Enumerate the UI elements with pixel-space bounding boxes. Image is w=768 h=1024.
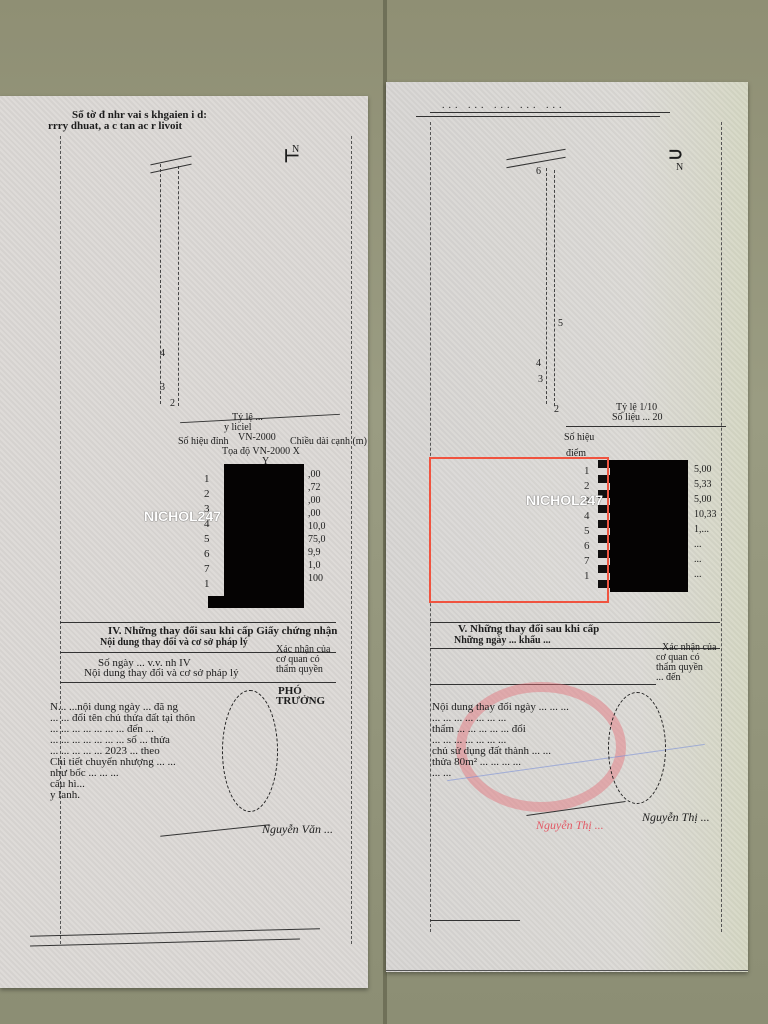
official-seal-icon [222,690,278,812]
section-title: V. Những thay đổi sau khi cấp [458,624,599,635]
confirm-col-label: ... đến [656,672,680,683]
section-title: IV. Những thay đổi sau khi cấp Giấy chứn… [108,626,337,637]
header-rule [416,116,660,117]
north-label: N [292,144,299,155]
change-entry-text: Nội dung thay đổi ngày ... ... ... ... .… [432,702,569,779]
sketch-point-label: 3 [538,374,543,385]
section-subtitle: Nội dung thay đổi và cơ sở pháp lý [100,637,248,648]
sketch-point-label: 3 [160,382,165,393]
left-page: Số tờ đ nhr vai s khgaien i d: rrry dhua… [0,96,368,988]
edge-length-column: ,00 ,72 ,00 ,00 10,0 75,0 9,9 1,0 100 [308,468,326,585]
parcel-edge [160,164,161,404]
highlight-rectangle [429,457,609,603]
sketch-point-label: 5 [558,318,563,329]
right-header: ... ... ... ... ... [442,100,566,111]
sketch-point-label: 4 [536,358,541,369]
redaction-box [208,596,304,608]
scale-line2: Số liệu ... 20 [612,412,663,423]
left-header-line2: rrry dhuat, a c tan ac r livoit [48,121,182,132]
official-seal-icon [608,692,666,804]
table-header-x: Tọa độ VN-2000 X [222,446,300,457]
sketch-point-label: 2 [554,404,559,415]
page-bottom-rule [430,920,520,921]
redaction-watermark: NICHOL247 [526,494,603,507]
redaction-watermark: NICHOL247 [144,510,221,523]
section-rule [60,682,336,683]
table-header-point: Số hiệu [564,432,594,443]
right-page: ... ... ... ... ... ⊃ N 6 5 4 3 2 Tỷ lệ … [386,82,748,972]
north-label: N [676,162,683,173]
red-signature: Nguyễn Thị ... [536,818,604,833]
edge-length-column: 5,00 5,33 5,00 10,33 1,... ... ... ... [694,462,717,582]
sketch-point-label: 2 [170,398,175,409]
parcel-edge [546,168,547,404]
parcel-edge [178,166,179,406]
redaction-box [610,460,688,592]
section-subtitle: Những ngày ... khẩu ... [454,635,551,646]
page-bottom-edge [386,970,748,971]
table-header-point: Số hiệu đỉnh [178,436,229,447]
table-header-length: Chiều dài cạnh (m) [290,436,367,447]
redaction-box [224,464,304,608]
signature: Nguyễn Văn ... [262,822,333,837]
parcel-edge [554,170,555,406]
change-entry-text: N... ...nội dung ngày ... đã ng ... ... … [50,702,195,801]
section-rule [60,622,336,623]
seal-title: TRƯỞNG [276,696,325,707]
header-rule [430,112,670,113]
sketch-point-label: 6 [536,166,541,177]
scale-line3: VN-2000 [238,432,276,443]
sketch-point-label: 4 [160,348,165,359]
confirm-col-label: thẩm quyền [276,664,323,675]
signature: Nguyễn Thị ... [642,810,710,825]
changes-col-label: Nội dung thay đổi và cơ sở pháp lý [84,668,239,679]
table-rule [566,426,726,427]
point-number-column: 1 2 3 4 5 6 7 1 [204,472,210,592]
